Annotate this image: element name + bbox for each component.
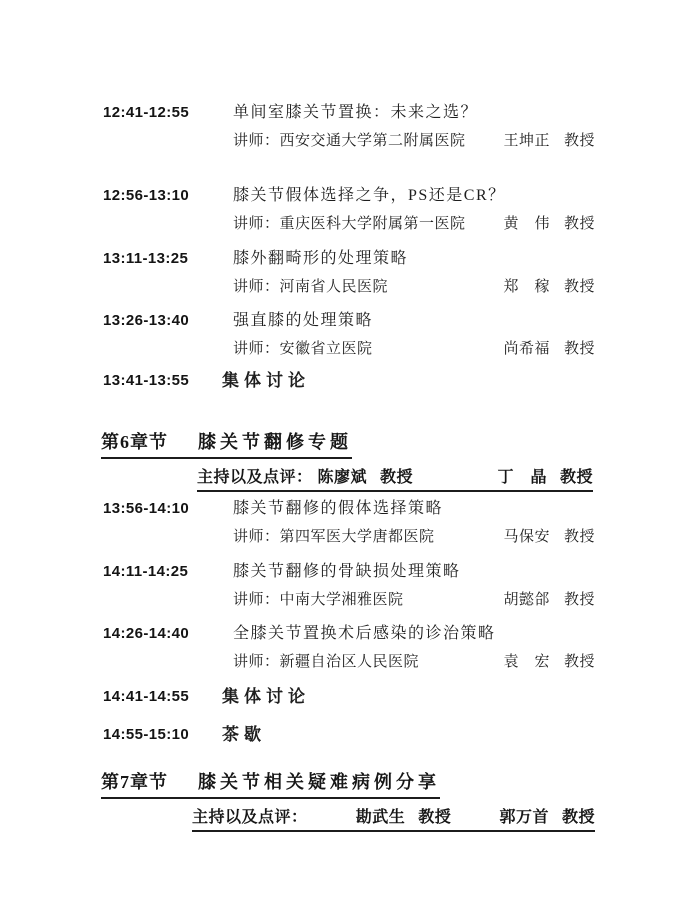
section-title-underline: 第7章节膝关节相关疑难病例分享 <box>101 768 440 799</box>
time-label: 13:56-14:10 <box>103 500 189 517</box>
section-title-line: 第6章节膝关节翻修专题 <box>101 428 595 459</box>
speaker-group: 黄 伟 教授 <box>503 214 595 234</box>
session-content: 全膝关节置换术后感染的诊治策略 讲师：新疆自治区人民医院 袁 宏 教授 <box>233 624 595 672</box>
session-row: 14:26-14:40 全膝关节置换术后感染的诊治策略 讲师：新疆自治区人民医院… <box>103 624 595 672</box>
lecturer-line: 讲师：第四军医大学唐都医院 马保安 教授 <box>233 527 595 547</box>
chairs-line: 主持以及点评： 勘武生 教授 郭万首 教授 <box>192 804 595 832</box>
time-label: 13:26-13:40 <box>103 312 189 329</box>
chair-name: 陈廖斌 <box>318 464 368 487</box>
speaker-group: 郑 稼 教授 <box>503 277 595 297</box>
section-title: 膝关节翻修专题 <box>198 432 352 452</box>
speaker-group: 袁 宏 教授 <box>503 652 595 672</box>
chapter-label: 第7章节 <box>101 768 198 794</box>
speaker-name: 马保安 <box>503 527 550 547</box>
discussion-row: 14:41-14:55 集体讨论 <box>103 687 595 707</box>
speaker-group: 王坤正 教授 <box>503 131 595 151</box>
speaker-rank: 教授 <box>564 652 595 672</box>
section-header: 第7章节膝关节相关疑难病例分享 主持以及点评： 勘武生 教授 郭万首 教授 <box>101 768 595 832</box>
session-title: 膝关节翻修的假体选择策略 <box>233 499 595 519</box>
session-row: 12:56-13:10 膝关节假体选择之争，PS还是CR？ 讲师：重庆医科大学附… <box>103 186 595 234</box>
chair-label: 主持以及点评： <box>192 804 308 827</box>
session-content: 强直膝的处理策略 讲师：安徽省立医院 尚希福 教授 <box>233 311 595 359</box>
discussion-label: 集体讨论 <box>222 371 595 391</box>
lecturer-line: 讲师：安徽省立医院 尚希福 教授 <box>233 339 595 359</box>
chair-name: 勘武生 <box>356 804 406 827</box>
chair-name: 郭万首 <box>499 804 549 827</box>
discussion-row: 13:41-13:55 集体讨论 <box>103 371 595 391</box>
speaker-name: 王坤正 <box>503 131 550 151</box>
chair-name: 丁 晶 <box>497 464 547 487</box>
program-page: 12:41-12:55 单间室膝关节置换：未来之选？ 讲师：西安交通大学第二附属… <box>0 0 695 900</box>
speaker-rank: 教授 <box>564 527 595 547</box>
time-label: 14:11-14:25 <box>103 563 188 580</box>
speaker-name: 袁 宏 <box>503 652 550 672</box>
session-row: 13:11-13:25 膝外翻畸形的处理策略 讲师：河南省人民医院 郑 稼 教授 <box>103 249 595 297</box>
lecturer-hospital: 讲师：河南省人民医院 <box>233 277 388 297</box>
chair-group: 陈廖斌 教授 <box>318 464 414 487</box>
lecturer-hospital: 讲师：重庆医科大学附属第一医院 <box>233 214 466 234</box>
time-label: 13:41-13:55 <box>103 372 189 389</box>
speaker-rank: 教授 <box>564 590 595 610</box>
session-title: 膝关节假体选择之争，PS还是CR？ <box>233 186 595 206</box>
chair-rank: 教授 <box>418 804 451 827</box>
session-row: 13:26-13:40 强直膝的处理策略 讲师：安徽省立医院 尚希福 教授 <box>103 311 595 359</box>
chair-rank: 教授 <box>380 464 413 487</box>
lecturer-line: 讲师：重庆医科大学附属第一医院 黄 伟 教授 <box>233 214 595 234</box>
session-row: 12:41-12:55 单间室膝关节置换：未来之选？ 讲师：西安交通大学第二附属… <box>103 103 595 151</box>
time-label: 12:56-13:10 <box>103 187 189 204</box>
speaker-name: 尚希福 <box>503 339 550 359</box>
speaker-rank: 教授 <box>564 131 595 151</box>
section-header: 第6章节膝关节翻修专题 主持以及点评： 陈廖斌 教授 丁 晶 教授 <box>101 428 595 492</box>
discussion-label: 集体讨论 <box>222 687 595 707</box>
session-content: 膝外翻畸形的处理策略 讲师：河南省人民医院 郑 稼 教授 <box>233 249 595 297</box>
chapter-label: 第6章节 <box>101 428 198 454</box>
session-row: 13:56-14:10 膝关节翻修的假体选择策略 讲师：第四军医大学唐都医院 马… <box>103 499 595 547</box>
lecturer-hospital: 讲师：新疆自治区人民医院 <box>233 652 419 672</box>
speaker-rank: 教授 <box>564 214 595 234</box>
lecturer-hospital: 讲师：安徽省立医院 <box>233 339 373 359</box>
session-content: 膝关节翻修的骨缺损处理策略 讲师：中南大学湘雅医院 胡懿郃 教授 <box>233 562 595 610</box>
lecturer-line: 讲师：河南省人民医院 郑 稼 教授 <box>233 277 595 297</box>
section-title: 膝关节相关疑难病例分享 <box>198 772 440 792</box>
time-label: 14:26-14:40 <box>103 625 189 642</box>
section-title-line: 第7章节膝关节相关疑难病例分享 <box>101 768 595 799</box>
speaker-group: 马保安 教授 <box>503 527 595 547</box>
chair-rank: 教授 <box>562 804 595 827</box>
speaker-name: 郑 稼 <box>503 277 550 297</box>
lecturer-line: 讲师：中南大学湘雅医院 胡懿郃 教授 <box>233 590 595 610</box>
time-label: 13:11-13:25 <box>103 250 188 267</box>
session-content: 膝关节假体选择之争，PS还是CR？ 讲师：重庆医科大学附属第一医院 黄 伟 教授 <box>233 186 595 234</box>
lecturer-hospital: 讲师：第四军医大学唐都医院 <box>233 527 435 547</box>
tea-break-label: 茶歇 <box>222 725 595 745</box>
lecturer-hospital: 讲师：西安交通大学第二附属医院 <box>233 131 466 151</box>
chair-rank: 教授 <box>560 464 593 487</box>
lecturer-line: 讲师：新疆自治区人民医院 袁 宏 教授 <box>233 652 595 672</box>
speaker-group: 胡懿郃 教授 <box>503 590 595 610</box>
session-row: 14:11-14:25 膝关节翻修的骨缺损处理策略 讲师：中南大学湘雅医院 胡懿… <box>103 562 595 610</box>
session-title: 全膝关节置换术后感染的诊治策略 <box>233 624 595 644</box>
speaker-rank: 教授 <box>564 277 595 297</box>
chair-group: 勘武生 教授 <box>356 804 452 827</box>
session-title: 单间室膝关节置换：未来之选？ <box>233 103 595 123</box>
session-content: 膝关节翻修的假体选择策略 讲师：第四军医大学唐都医院 马保安 教授 <box>233 499 595 547</box>
section-title-underline: 第6章节膝关节翻修专题 <box>101 428 352 459</box>
session-title: 膝外翻畸形的处理策略 <box>233 249 595 269</box>
time-label: 14:41-14:55 <box>103 688 189 705</box>
speaker-name: 胡懿郃 <box>503 590 550 610</box>
lecturer-line: 讲师：西安交通大学第二附属医院 王坤正 教授 <box>233 131 595 151</box>
session-content: 单间室膝关节置换：未来之选？ 讲师：西安交通大学第二附属医院 王坤正 教授 <box>233 103 595 151</box>
session-title: 膝关节翻修的骨缺损处理策略 <box>233 562 595 582</box>
chairs-line: 主持以及点评： 陈廖斌 教授 丁 晶 教授 <box>197 464 593 492</box>
lecturer-hospital: 讲师：中南大学湘雅医院 <box>233 590 404 610</box>
time-label: 12:41-12:55 <box>103 104 189 121</box>
speaker-rank: 教授 <box>564 339 595 359</box>
speaker-group: 尚希福 教授 <box>503 339 595 359</box>
session-title: 强直膝的处理策略 <box>233 311 595 331</box>
speaker-name: 黄 伟 <box>503 214 550 234</box>
time-label: 14:55-15:10 <box>103 726 189 743</box>
chair-group: 郭万首 教授 <box>499 804 595 827</box>
tea-break-row: 14:55-15:10 茶歇 <box>103 725 595 745</box>
chair-label: 主持以及点评： <box>197 464 313 487</box>
chair-group: 丁 晶 教授 <box>497 464 593 487</box>
